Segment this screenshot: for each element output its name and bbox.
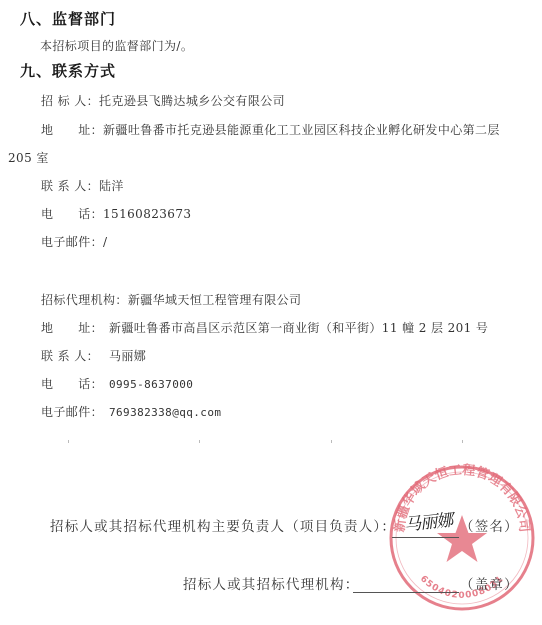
tenderer-address-label: 地 址：: [41, 123, 103, 137]
faint-mark: [68, 440, 69, 443]
agency-address-value: 新疆吐鲁番市高昌区示范区第一商业街（和平街）11 幢 2 层 201 号: [109, 321, 488, 335]
agency-name-label: 招标代理机构：: [41, 293, 128, 307]
tenderer-email-value: /: [103, 235, 107, 249]
tenderer-contact-label: 联 系 人：: [41, 179, 99, 193]
faint-mark: [199, 440, 200, 443]
section-8-text: 本招标项目的监督部门为/。: [40, 37, 193, 54]
tenderer-phone-label: 电 话：: [41, 207, 103, 221]
principal-signature-label: 招标人或其招标代理机构主要负责人（项目负责人）：: [50, 515, 396, 535]
agency-address-label: 地 址：: [41, 319, 109, 336]
agency-name-value: 新疆华域天恒工程管理有限公司: [128, 293, 302, 307]
agency-seal-suffix: （盖章）: [460, 573, 519, 593]
agency-contact-label: 联 系 人：: [41, 347, 109, 364]
principal-signature-line: [392, 537, 459, 538]
agency-email-label: 电子邮件：: [41, 403, 109, 420]
agency-seal-label: 招标人或其招标代理机构：: [183, 573, 359, 593]
agency-name-row: 招标代理机构：新疆华域天恒工程管理有限公司: [41, 291, 301, 308]
agency-contact-value: 马丽娜: [109, 349, 146, 363]
tenderer-address-row: 地 址：新疆吐鲁番市托克逊县能源重化工工业园区科技企业孵化研发中心第二层: [41, 121, 500, 138]
tenderer-name-row: 招 标 人：托克逊县飞腾达城乡公交有限公司: [41, 92, 285, 109]
agency-phone-label: 电 话：: [41, 375, 109, 392]
tenderer-name-value: 托克逊县飞腾达城乡公交有限公司: [99, 94, 285, 108]
tenderer-contact-row: 联 系 人：陆洋: [41, 177, 124, 194]
tenderer-address-value: 新疆吐鲁番市托克逊县能源重化工工业园区科技企业孵化研发中心第二层: [103, 123, 500, 137]
tenderer-contact-value: 陆洋: [99, 179, 124, 193]
faint-mark: [462, 440, 463, 443]
agency-email-value: 769382338@qq.com: [109, 406, 221, 419]
faint-mark: [331, 440, 332, 443]
agency-phone-row: 电 话：0995-8637000: [41, 375, 193, 392]
tenderer-phone-row: 电 话：15160823673: [41, 205, 191, 222]
agency-address-row: 地 址：新疆吐鲁番市高昌区示范区第一商业街（和平街）11 幢 2 层 201 号: [41, 319, 488, 336]
tenderer-email-label: 电子邮件：: [41, 235, 103, 249]
tenderer-phone-value: 15160823673: [103, 207, 191, 221]
tenderer-address-line2: 205 室: [8, 149, 49, 166]
tenderer-email-row: 电子邮件：/: [41, 233, 107, 250]
agency-email-row: 电子邮件：769382338@qq.com: [41, 403, 221, 420]
principal-handwritten-signature: 马丽娜: [403, 506, 453, 536]
section-8-title: 八、监督部门: [20, 8, 116, 29]
agency-phone-value: 0995-8637000: [109, 378, 193, 391]
agency-seal-line: [353, 592, 459, 593]
tenderer-name-label: 招 标 人：: [41, 94, 99, 108]
agency-contact-row: 联 系 人：马丽娜: [41, 347, 146, 364]
principal-signature-suffix: （签名）: [460, 515, 519, 535]
section-9-title: 九、联系方式: [20, 60, 116, 81]
